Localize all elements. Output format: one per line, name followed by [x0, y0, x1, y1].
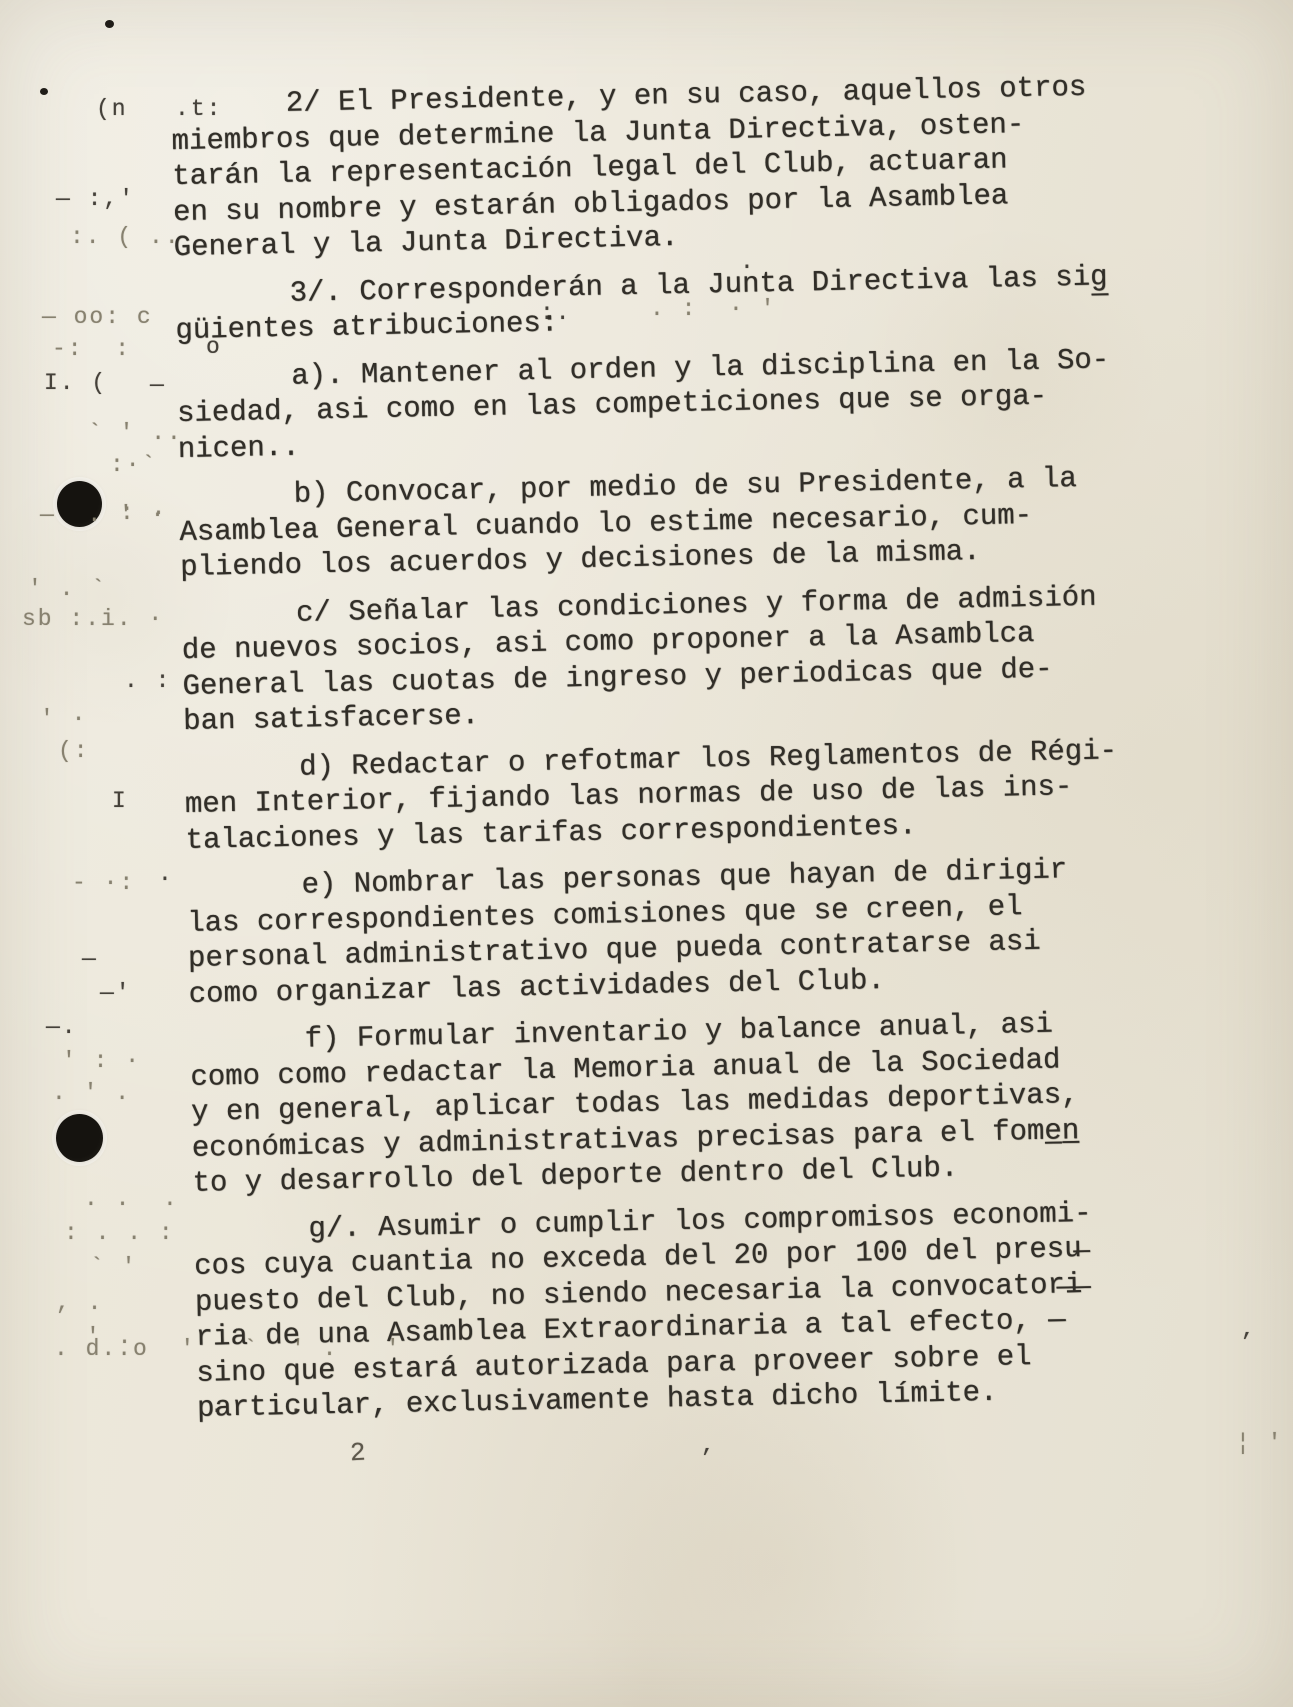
stray-mark: -: : [52, 336, 131, 362]
stray-mark: — oo: c [42, 304, 153, 330]
paragraph-item-3a: a). Mantener al orden y la disciplina en… [176, 340, 1193, 467]
paragraph-item-3f: f) Formular inventario y balance anual, … [189, 1004, 1207, 1202]
stray-mark: :. ( .. [70, 224, 181, 250]
paragraph-item-3: 3/. Corresponderán a la Junta Directiva … [174, 257, 1190, 348]
paragraph-item-3d: d) Redactar o refotmar los Reglamentos d… [184, 731, 1201, 858]
stray-mark: ‚ [700, 1432, 716, 1458]
stray-mark: I [112, 788, 128, 814]
stray-mark: ¦ ' [1236, 1430, 1283, 1456]
stray-mark: : · [120, 500, 167, 526]
paragraph-item-2: 2/ El Presidente, y en su caso, aquellos… [171, 68, 1189, 266]
stray-mark: - ·: [72, 870, 135, 896]
stray-mark: (: [58, 738, 90, 764]
page-number: 2 [349, 1438, 366, 1469]
stray-mark: ` ' [90, 1254, 137, 1280]
stray-mark: , . [56, 1290, 103, 1316]
stray-mark: ' : · [62, 1048, 141, 1074]
ink-speck [105, 20, 114, 28]
stray-mark: — :,' [56, 186, 135, 212]
stray-mark: : . . : [64, 1220, 175, 1246]
stray-mark: ' · [40, 706, 87, 732]
stray-mark: ` ' .. [88, 420, 183, 446]
stray-mark: I. ( [44, 370, 107, 396]
stray-mark: ‚ [1240, 1316, 1256, 1342]
paragraph-item-3e: e) Nombrar las personas que hayan de dir… [186, 850, 1204, 1012]
stray-mark: — [82, 946, 98, 972]
stray-mark: — [150, 372, 166, 398]
typewritten-text-block: 2/ El Presidente, y en su caso, aquellos… [171, 68, 1213, 1439]
stray-mark: —. [46, 1014, 78, 1040]
stray-mark: . : [124, 668, 171, 694]
stray-mark: · [158, 866, 174, 892]
stray-mark: —' [100, 980, 132, 1006]
ink-speck [40, 88, 48, 95]
stray-mark: sb :.i. · [22, 606, 164, 632]
paragraph-item-3c: c/ Señalar las condiciones y forma de ad… [181, 577, 1199, 739]
paragraph-item-3g: g/. Asumir o cumplir los compromisos eco… [193, 1193, 1212, 1426]
stray-mark: :·` [110, 452, 157, 478]
stray-mark: . . . [84, 1186, 179, 1212]
paragraph-item-3b: b) Convocar, por medio de su Presidente,… [178, 459, 1195, 586]
stray-mark: ' . ` [28, 576, 107, 602]
punch-hole-bottom [56, 1114, 103, 1162]
stray-mark: . ' . [52, 1080, 131, 1106]
scanned-document-page: (n .t:— :,':. ( ..— oo: c:.. : · '-: :oI… [0, 0, 1293, 1707]
